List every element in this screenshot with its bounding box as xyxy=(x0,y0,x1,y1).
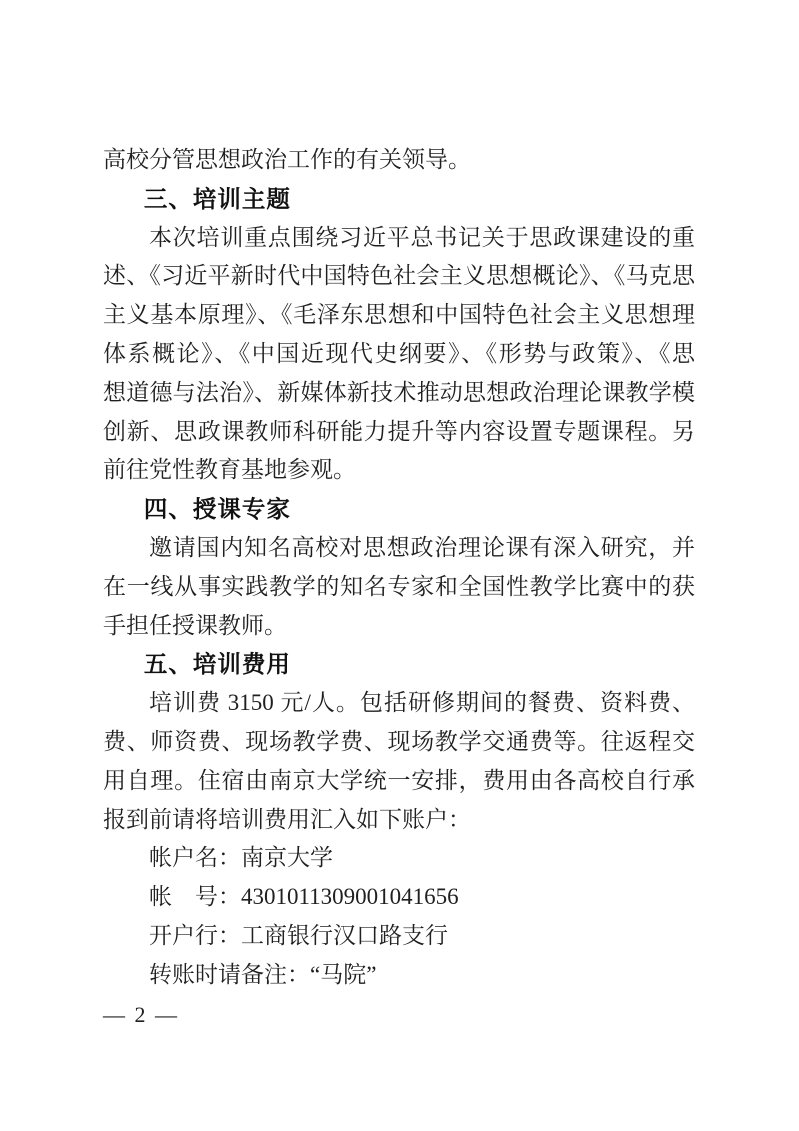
paragraph-line: 创新、思政课教师科研能力提升等内容设置专题课程。另安排 xyxy=(103,413,695,452)
paragraph-line: 用自理。住宿由南京大学统一安排，费用由各高校自行承担。 xyxy=(103,762,695,801)
paragraph-line: 前往党性教育基地参观。 xyxy=(103,451,695,490)
paragraph-tail-line: 高校分管思想政治工作的有关领导。 xyxy=(103,141,695,180)
paragraph-line: 费、师资费、现场教学费、现场教学交通费等。往返程交通费 xyxy=(103,723,695,762)
paragraph-line: 在一线从事实践教学的知名专家和全国性教学比赛中的获奖选 xyxy=(103,568,695,607)
account-number-line: 帐 号：4301011309001041656 xyxy=(103,878,695,917)
paragraph-line: 邀请国内知名高校对思想政治理论课有深入研究，并长期 xyxy=(103,529,695,568)
bank-branch-line: 开户行：工商银行汉口路支行 xyxy=(103,917,695,956)
transfer-memo-line: 转账时请备注：“马院” xyxy=(103,956,695,995)
account-name-line: 帐户名：南京大学 xyxy=(103,839,695,878)
paragraph-line: 想道德与法治》、新媒体新技术推动思想政治理论课教学模式 xyxy=(103,374,695,413)
paragraph-line: 述、《习近平新时代中国特色社会主义思想概论》、《马克思 xyxy=(103,257,695,296)
paragraph-line: 体系概论》、《中国近现代史纲要》、《形势与政策》、《思 xyxy=(103,335,695,374)
section-heading-training-fee: 五、培训费用 xyxy=(103,645,695,684)
page-footer: — 2 — xyxy=(103,999,695,1031)
document-content: 高校分管思想政治工作的有关领导。 三、培训主题 本次培训重点围绕习近平总书记关于… xyxy=(103,141,695,995)
paragraph-line: 手担任授课教师。 xyxy=(103,607,695,646)
paragraph-line: 本次培训重点围绕习近平总书记关于思政课建设的重要论 xyxy=(103,219,695,258)
paragraph-line: 报到前请将培训费用汇入如下账户： xyxy=(103,801,695,840)
paragraph-line: 主义基本原理》、《毛泽东思想和中国特色社会主义思想理论 xyxy=(103,296,695,335)
paragraph-line: 培训费 3150 元/人。包括研修期间的餐费、资料费、场地 xyxy=(103,684,695,723)
page-number: — 2 — xyxy=(103,1002,179,1027)
document-page: 高校分管思想政治工作的有关领导。 三、培训主题 本次培训重点围绕习近平总书记关于… xyxy=(0,0,799,1131)
section-heading-training-topics: 三、培训主题 xyxy=(103,180,695,219)
section-heading-lecturers: 四、授课专家 xyxy=(103,490,695,529)
